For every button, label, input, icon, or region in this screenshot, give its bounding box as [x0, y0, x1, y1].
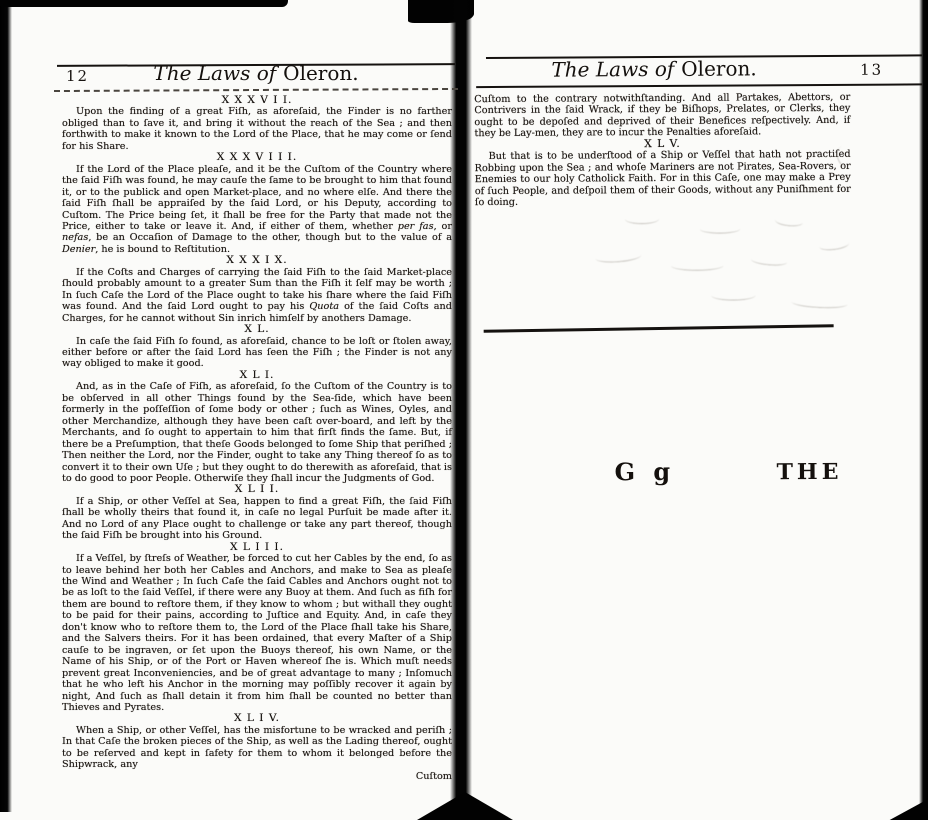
- running-title-roman: Oleron.: [283, 61, 358, 85]
- running-title-italic: The Laws of: [153, 61, 276, 85]
- section-body-39: If the Coſts and Charges of carrying the…: [62, 267, 452, 324]
- show-through-marks: [474, 0, 928, 400]
- left-catchword: Cuſtom: [416, 771, 452, 782]
- left-running-title: The Laws ofOleron.: [57, 61, 455, 85]
- section-body-38: If the Lord of the Place pleaſe, and it …: [62, 164, 452, 256]
- section-heading-38: X X X V I I I.: [62, 152, 452, 163]
- page-left: 12 The Laws ofOleron. X X X V I I. Upon …: [0, 0, 462, 820]
- section-heading-39: X X X I X.: [62, 255, 452, 266]
- signature-mark: G g: [614, 457, 675, 486]
- scanned-book-spread: { "colors": { "ink": "#1c1714", "paper":…: [0, 0, 928, 820]
- left-text-column: X X X V I I. Upon the finding of a great…: [62, 95, 452, 782]
- section-heading-42: X L I I.: [62, 484, 452, 495]
- section-body-43: If a Veſſel, by ſtreſs of Weather, be fo…: [62, 553, 452, 713]
- section-body-37: Upon the finding of a great Fiſh, as afo…: [62, 106, 452, 152]
- section-heading-40: X L.: [62, 324, 452, 335]
- section-body-40: In caſe the ſaid Fiſh ſo found, as afore…: [62, 336, 452, 370]
- section-body-42: If a Ship, or other Veſſel at Sea, happe…: [62, 496, 452, 542]
- right-catchword: THE: [776, 459, 842, 485]
- section-heading-44: X L I V.: [62, 713, 452, 724]
- page-right: The Laws ofOleron. 13 Cuſtom to the cont…: [474, 0, 928, 820]
- section-heading-43: X L I I I.: [62, 542, 452, 553]
- left-header-rule-bottom: [54, 88, 458, 92]
- section-body-41: And, as in the Caſe of Fiſh, as aforeſai…: [62, 381, 452, 484]
- section-heading-41: X L I.: [62, 370, 452, 381]
- section-heading-37: X X X V I I.: [62, 95, 452, 106]
- section-body-44: When a Ship, or other Veſſel, has the mi…: [62, 725, 452, 771]
